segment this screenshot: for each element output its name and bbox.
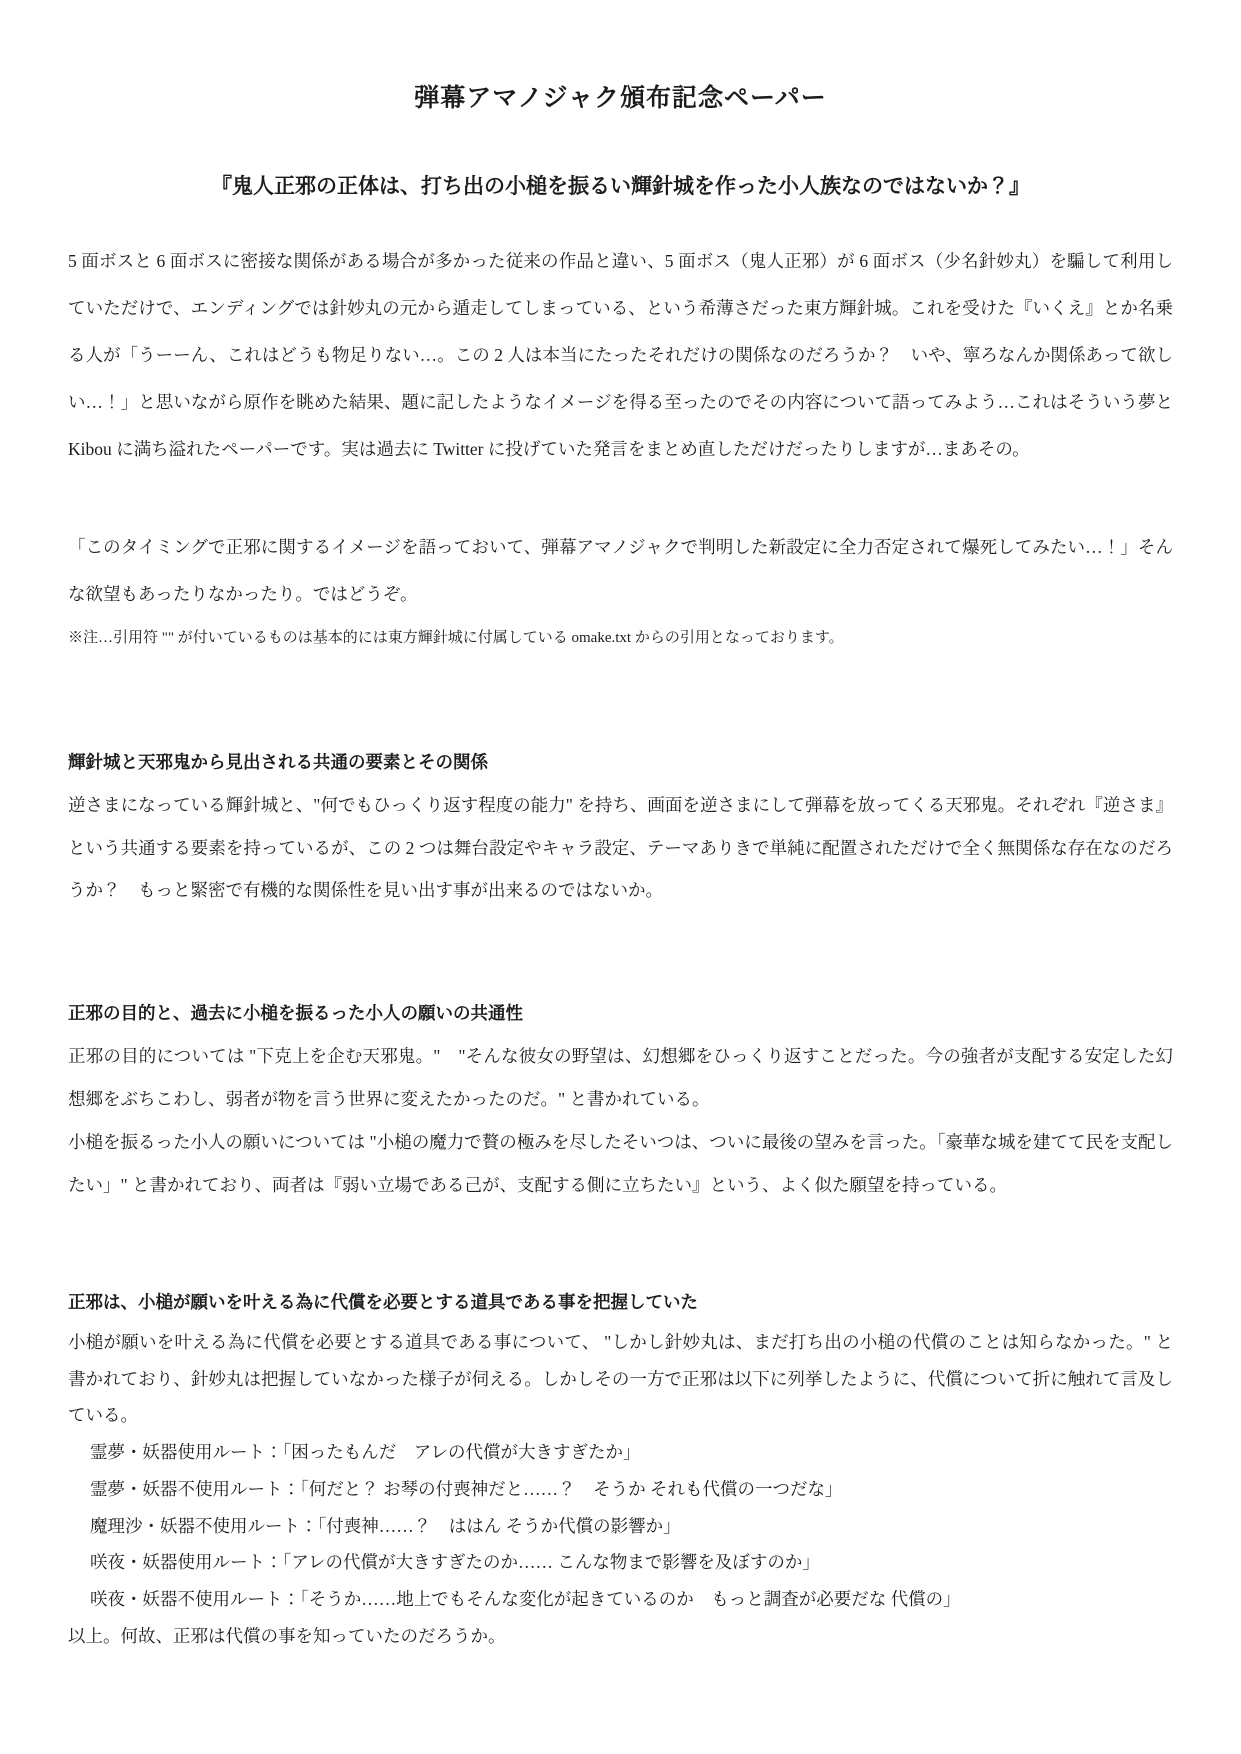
page-subtitle: 『鬼人正邪の正体は、打ち出の小槌を振るい輝針城を作った小人族なのではないか？』 bbox=[68, 170, 1173, 200]
section-common-elements: 輝針城と天邪鬼から見出される共通の要素とその関係 逆さまになっている輝針城と、"… bbox=[68, 749, 1173, 913]
section-paragraph: 正邪の目的については "下克上を企む天邪鬼。" "そんな彼女の野望は、幻想郷をひ… bbox=[68, 1035, 1173, 1121]
section-heading: 正邪の目的と、過去に小槌を振るった小人の願いの共通性 bbox=[68, 1000, 1173, 1025]
quote-line: 霊夢・妖器不使用ルート：「何だと？ お琴の付喪神だと……？ そうか それも代償の… bbox=[90, 1471, 1173, 1508]
quote-line: 咲夜・妖器不使用ルート：「そうか……地上でもそんな変化が起きているのか もっと調… bbox=[90, 1581, 1173, 1618]
intro-paragraph-2: 「このタイミングで正邪に関するイメージを語っておいて、弾幕アマノジャクで判明した… bbox=[68, 524, 1173, 618]
quote-line: 咲夜・妖器使用ルート：「アレの代償が大きすぎたのか…… こんな物まで影響を及ぼす… bbox=[90, 1544, 1173, 1581]
intro-paragraph-1: 5 面ボスと 6 面ボスに密接な関係がある場合が多かった従来の作品と違い、5 面… bbox=[68, 238, 1173, 472]
quote-line: 霊夢・妖器使用ルート：「困ったもんだ アレの代償が大きすぎたか」 bbox=[90, 1434, 1173, 1471]
section-shared-wish: 正邪の目的と、過去に小槌を振るった小人の願いの共通性 正邪の目的については "下… bbox=[68, 1000, 1173, 1207]
section-paragraph: 逆さまになっている輝針城と、"何でもひっくり返す程度の能力" を持ち、画面を逆さ… bbox=[68, 784, 1173, 913]
section-seija-knew-price: 正邪は、小槌が願いを叶える為に代償を必要とする道具である事を把握していた 小槌が… bbox=[68, 1289, 1173, 1655]
document-page: 弾幕アマノジャク頒布記念ペーパー 『鬼人正邪の正体は、打ち出の小槌を振るい輝針城… bbox=[0, 0, 1241, 1754]
page-title: 弾幕アマノジャク頒布記念ペーパー bbox=[68, 78, 1173, 114]
route-quote-list: 霊夢・妖器使用ルート：「困ったもんだ アレの代償が大きすぎたか」 霊夢・妖器不使… bbox=[68, 1434, 1173, 1618]
citation-note: ※注…引用符 "" が付いているものは基本的には東方輝針城に付属している oma… bbox=[68, 624, 1173, 653]
section-paragraph: 小槌を振るった小人の願いについては "小槌の魔力で贅の極みを尽したそいつは、つい… bbox=[68, 1121, 1173, 1207]
quote-line: 魔理沙・妖器不使用ルート：「付喪神……？ ははん そうか代償の影響か」 bbox=[90, 1508, 1173, 1545]
closing-line: 以上。何故、正邪は代償の事を知っていたのだろうか。 bbox=[68, 1618, 1173, 1655]
section-heading: 輝針城と天邪鬼から見出される共通の要素とその関係 bbox=[68, 749, 1173, 774]
section-heading: 正邪は、小槌が願いを叶える為に代償を必要とする道具である事を把握していた bbox=[68, 1289, 1173, 1314]
section-paragraph: 小槌が願いを叶える為に代償を必要とする道具である事について、 "しかし針妙丸は、… bbox=[68, 1324, 1173, 1434]
